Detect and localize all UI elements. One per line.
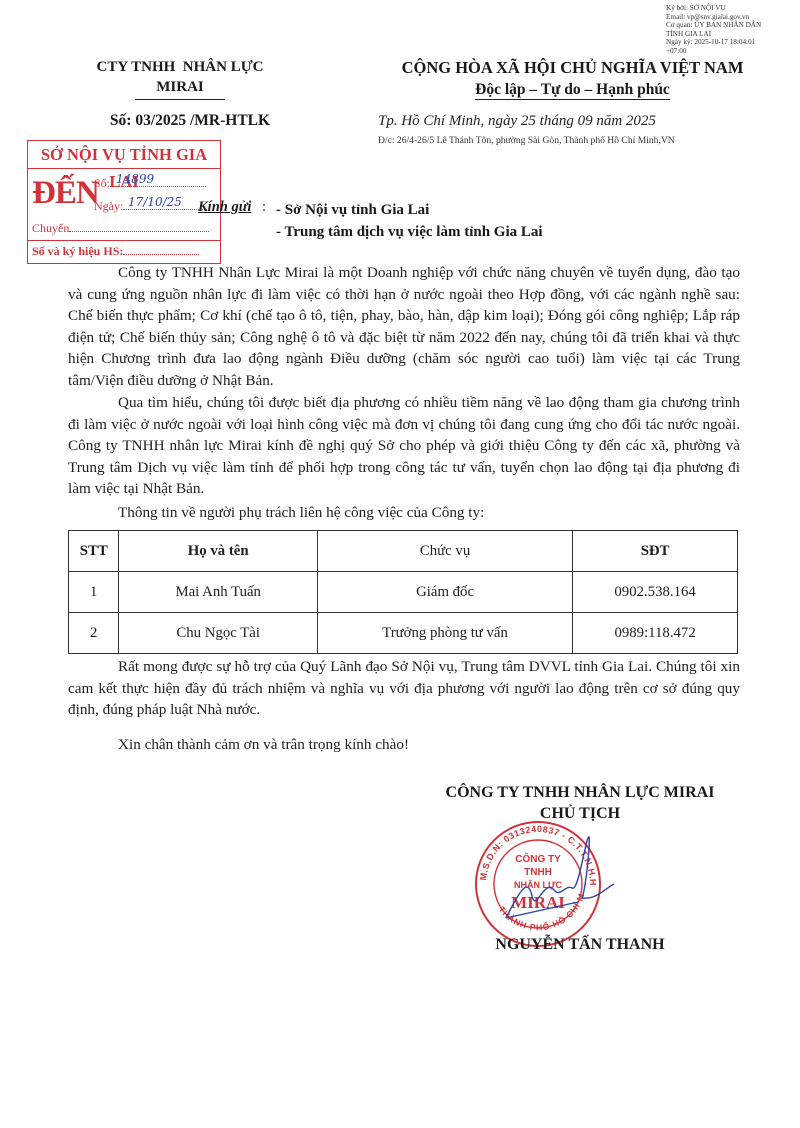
body-paragraph-1: Công ty TNHH Nhân Lực Mirai là một Doanh… [68,262,740,391]
received-number-label: Số: [94,176,110,190]
received-forward-row: Chuyển [32,221,209,236]
col-header-stt: STT [69,531,119,572]
body-paragraph-5: Xin chân thành cảm ơn và trân trọng kính… [68,734,740,756]
seal-center-3: NHÂN LỰC [514,879,562,890]
seal-center-4: MIRAI [511,893,565,912]
received-date-label: Ngày: [94,199,123,213]
signature-company: CÔNG TY TNHH NHÂN LỰC MIRAI [400,784,760,802]
company-seal: M.S.D.N: 0313240837 - C.T.T.N.H.H THÀNH … [466,818,616,948]
received-stamp-agency: SỞ NỘI VỤ TỈNH GIA LAI [28,141,220,169]
contacts-table: STT Họ và tên Chức vụ SĐT 1 Mai Anh Tuấn… [68,530,738,654]
signer-email: Email: vp@snv.gialai.gov.vn [666,13,798,22]
body-paragraph-3: Thông tin về người phụ trách liên hệ côn… [68,502,740,524]
addressee-colon: : [262,199,266,216]
company-header: CTY TNHH NHÂN LỰC MIRAI [80,57,280,100]
digital-signature-info: Ký bởi: SỞ NỘI VỤ Email: vp@snv.gialai.g… [666,4,798,56]
cell-phone: 0902.538.164 [573,572,738,613]
document-number: Số: 03/2025 /MR-HTLK [80,112,300,130]
received-forward-label: Chuyển [32,221,69,235]
paragraph-text: Công ty TNHH Nhân Lực Mirai là một Doanh… [68,264,740,389]
recipient-item: - Trung tâm dịch vụ việc làm tỉnh Gia La… [276,221,543,243]
col-header-phone: SĐT [573,531,738,572]
national-motto: Độc lập – Tự do – Hạnh phúc [475,80,670,100]
signer-name: NGUYỄN TẤN THANH [400,936,760,954]
paragraph-text: Thông tin về người phụ trách liên hệ côn… [118,504,484,521]
nation-title: CỘNG HÒA XÃ HỘI CHỦ NGHĨA VIỆT NAM [365,57,780,78]
national-header: CỘNG HÒA XÃ HỘI CHỦ NGHĨA VIỆT NAM Độc l… [365,57,780,100]
paragraph-text: Rất mong được sự hỗ trợ của Quý Lãnh đạo… [68,658,740,718]
cell-position: Trưởng phòng tư vấn [317,613,572,654]
cell-stt: 1 [69,572,119,613]
table-row: 2 Chu Ngọc Tài Trưởng phòng tư vấn 0989:… [69,613,738,654]
received-file-label: Số và ký hiệu HS: [32,244,123,258]
company-name-line1: CTY TNHH NHÂN LỰC [80,57,280,77]
body-paragraph-4: Rất mong được sự hỗ trợ của Quý Lãnh đạo… [68,656,740,721]
received-stamp: SỞ NỘI VỤ TỈNH GIA LAI ĐẾN Số: 14899 Ngà… [27,140,221,264]
recipient-list: - Sở Nội vụ tỉnh Gia Lai - Trung tâm dịc… [276,199,543,243]
company-address: Đ/c: 26/4-26/5 Lê Thánh Tôn, phường Sài … [378,135,675,146]
signer-agency-2: TỈNH GIA LAI [666,30,798,39]
paragraph-text: Qua tìm hiểu, chúng tôi được biết địa ph… [68,394,740,497]
signed-at: Ngày ký: 2025-10-17 18:04:01 [666,38,798,47]
signer-text: Ký bởi: SỞ NỘI VỤ [666,4,798,13]
received-date-row: Ngày: 17/10/25 [94,199,207,214]
stamp-divider [28,240,220,241]
received-number-row: Số: 14899 [94,176,206,191]
received-file-row: Số và ký hiệu HS: [32,244,199,259]
place-date: Tp. Hồ Chí Minh, ngày 25 tháng 09 năm 20… [378,113,656,130]
company-name-line2: MIRAI [80,77,280,97]
received-number-value: 14899 [116,172,154,186]
addressee-label: Kính gửi [198,199,251,216]
cell-name: Mai Anh Tuấn [119,572,317,613]
received-stamp-den: ĐẾN [32,171,99,215]
table-row: 1 Mai Anh Tuấn Giám đốc 0902.538.164 [69,572,738,613]
recipient-item: - Sở Nội vụ tỉnh Gia Lai [276,199,543,221]
body-paragraph-2: Qua tìm hiểu, chúng tôi được biết địa ph… [68,392,740,500]
seal-center-2: TNHH [524,867,552,878]
signer-agency-1: Cơ quan: ỦY BAN NHÂN DÂN [666,21,798,30]
col-header-name: Họ và tên [119,531,317,572]
seal-center-1: CÔNG TY [515,852,561,865]
header-underline [135,99,225,100]
signed-tz: +07:00 [666,47,798,56]
col-header-position: Chức vụ [317,531,572,572]
cell-name: Chu Ngọc Tài [119,613,317,654]
cell-position: Giám đốc [317,572,572,613]
table-header-row: STT Họ và tên Chức vụ SĐT [69,531,738,572]
received-date-value: 17/10/25 [128,195,182,209]
paragraph-text: Xin chân thành cảm ơn và trân trọng kính… [118,736,409,753]
cell-stt: 2 [69,613,119,654]
cell-phone: 0989:118.472 [573,613,738,654]
